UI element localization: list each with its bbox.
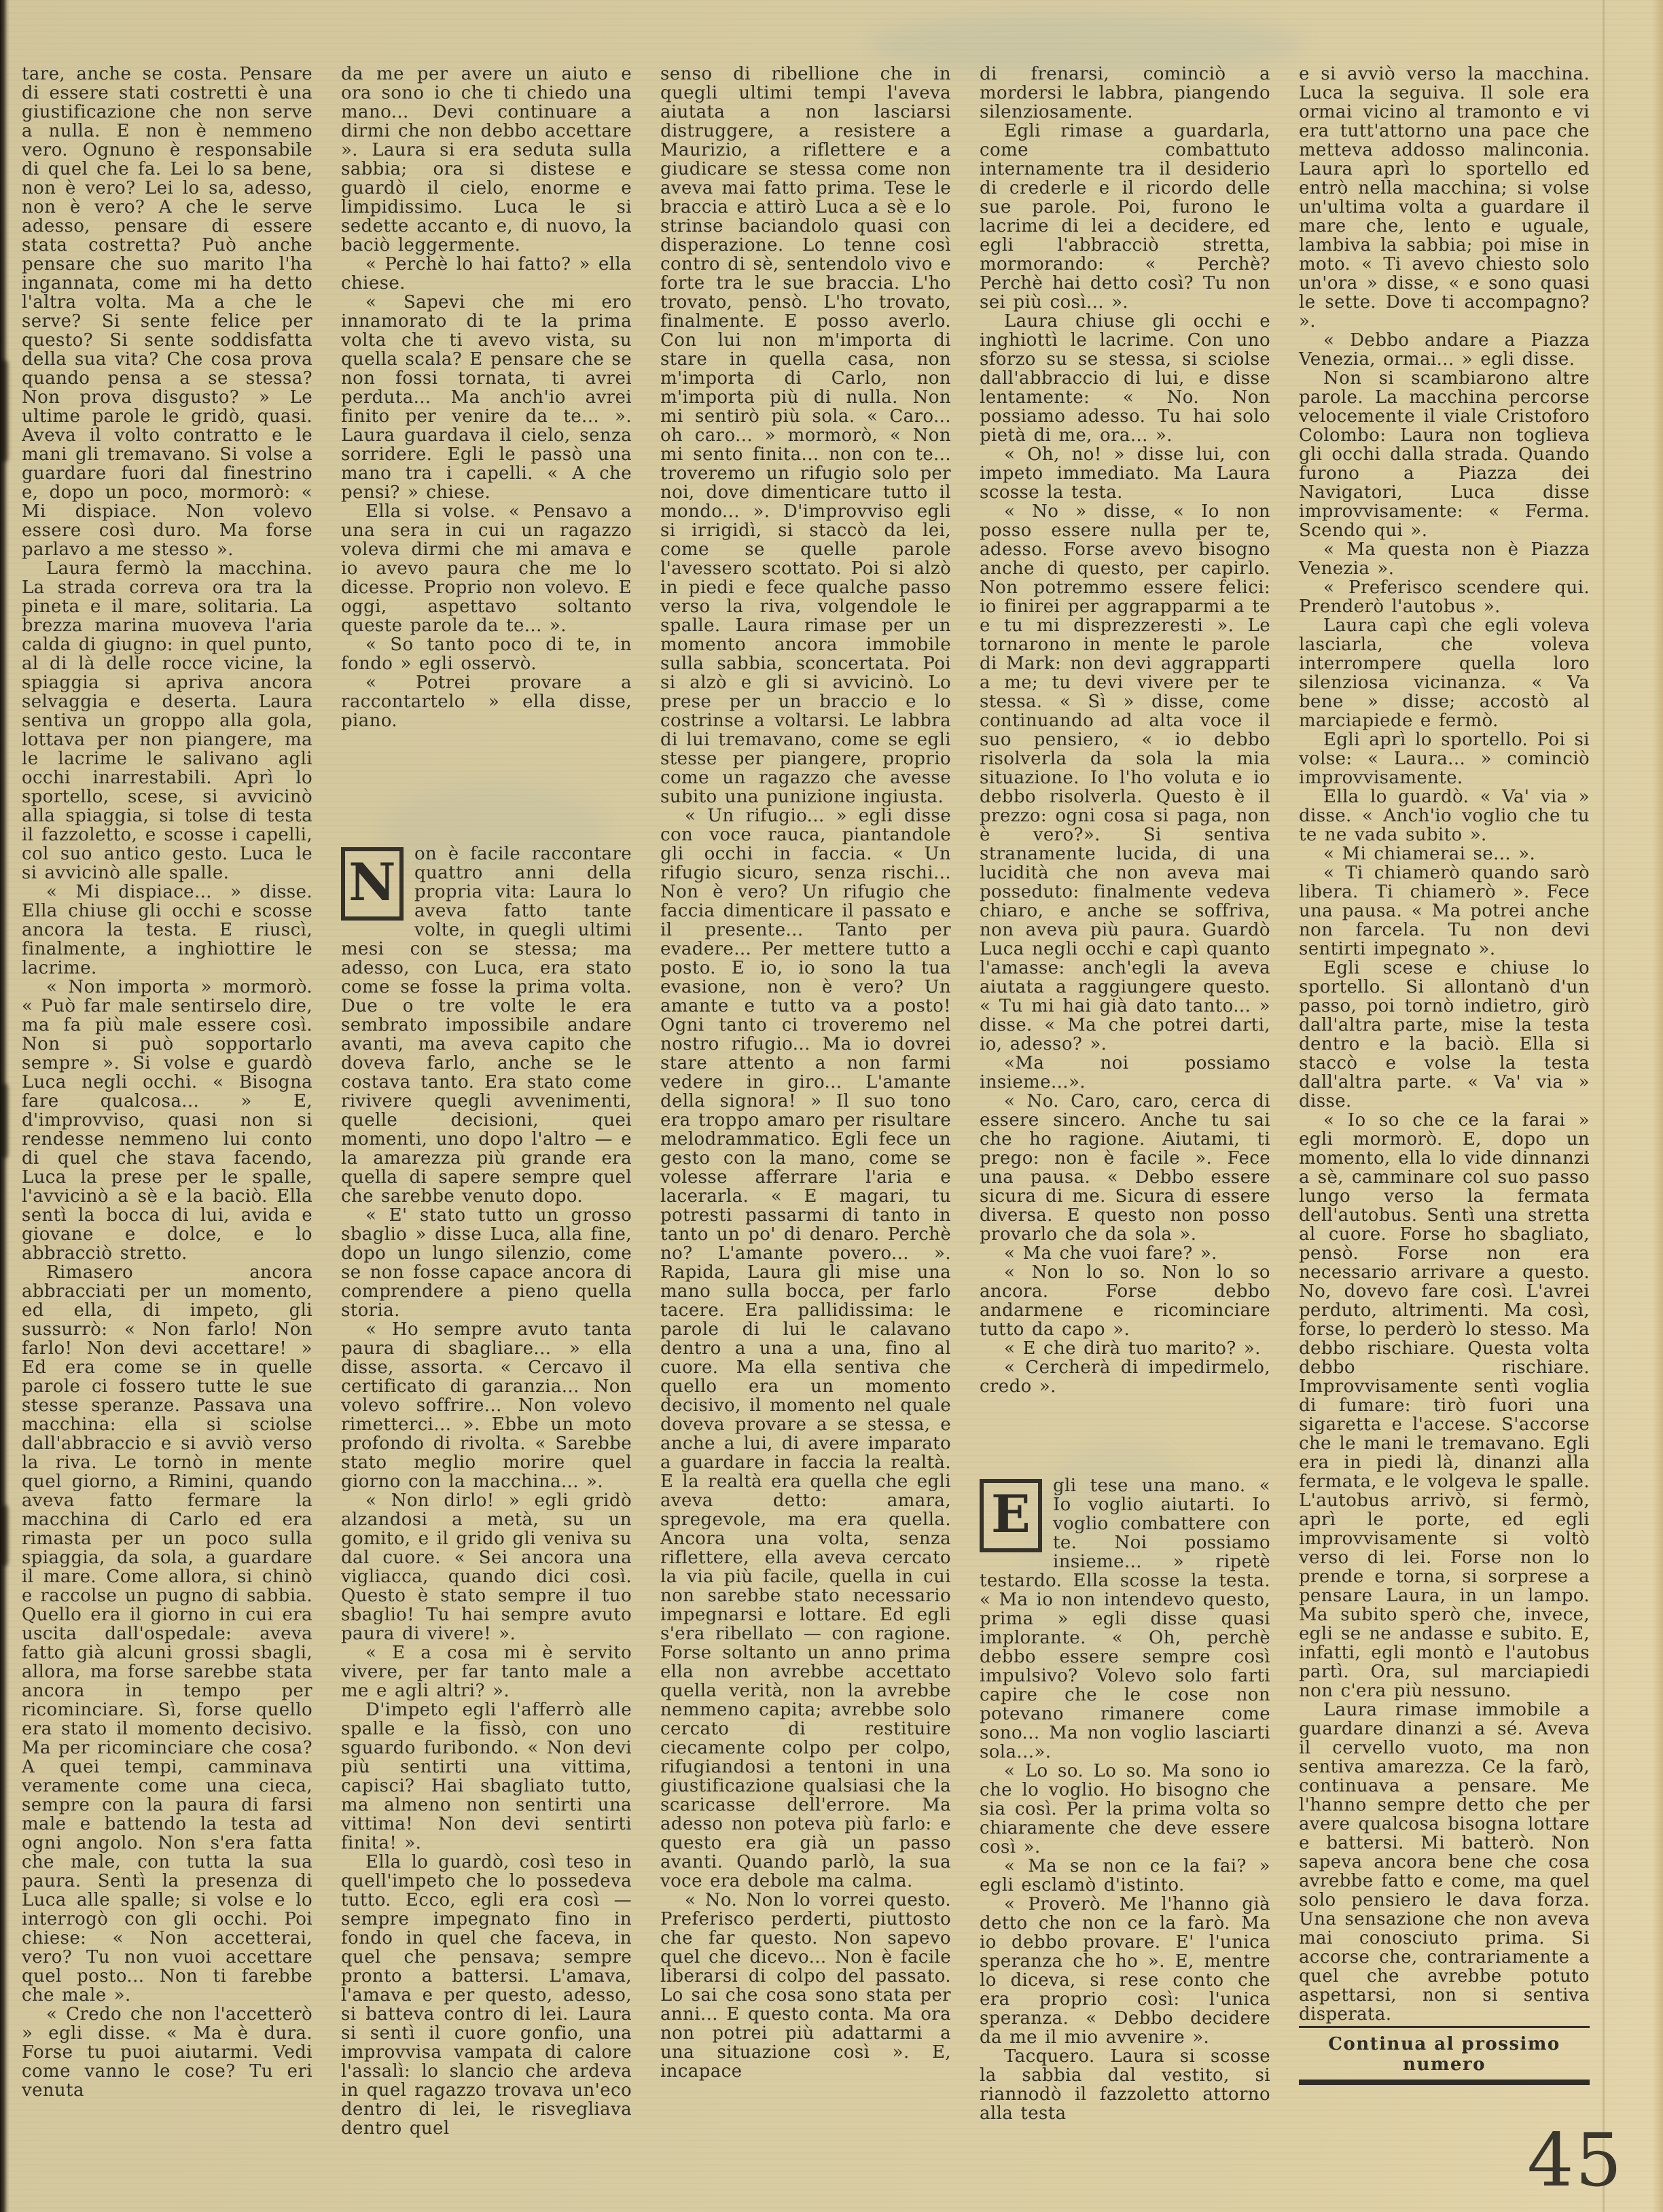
paragraph: « Perchè lo hai fatto? » ella chiese. [341,255,632,293]
paragraph: Laura rimase immobile a guardare dinanzi… [1299,1700,1590,2024]
paragraph: « E a cosa mi è servito vivere, per far … [341,1643,632,1700]
paragraph: « Mi chiamerai se... ». [1299,844,1590,863]
paragraph: «Ma noi possiamo insieme...». [980,1054,1270,1092]
magazine-page: tare, anche se costa. Pensare di essere … [0,0,1663,2212]
paragraph: « Lo so. Lo so. Ma sono io che lo voglio… [980,1762,1270,1857]
paragraph: « Ho sempre avuto tanta paura di sbaglia… [341,1320,632,1491]
paragraph: « No. Caro, caro, cerca di essere sincer… [980,1092,1270,1244]
paragraph: « Sapevi che mi ero innamorato di te la … [341,293,632,502]
paragraph: e si avviò verso la macchina. Luca la se… [1299,65,1590,331]
paragraph: « Io so che ce la farai » egli mormorò. … [1299,1111,1590,1700]
text-column-2: da me per avere un aiuto e ora sono io c… [341,65,632,2138]
scan-edge-smudge [0,1505,8,1566]
paragraph: « So tanto poco di te, in fondo » egli o… [341,635,632,673]
paragraph: « Non importa » mormorò. « Può far male … [22,978,312,1263]
drop-cap-initial: E [980,1479,1042,1552]
paragraph: Egli tese una mano. « Io voglio aiutarti… [980,1476,1270,1762]
paragraph: Rimasero ancora abbracciati per un momen… [22,1263,312,2005]
paragraph: Ella lo guardò. « Va' via » disse. « Anc… [1299,787,1590,844]
paragraph: Non è facile raccontare quattro anni del… [341,844,632,1206]
text-column-4: di frenarsi, cominciò a mordersi le labb… [980,65,1270,2138]
paragraph: « Oh, no! » disse lui, con impeto immedi… [980,445,1270,502]
paragraph: Ella si volse. « Pensavo a una sera in c… [341,502,632,635]
paragraph: D'impeto egli l'afferrò alle spalle e la… [341,1700,632,1853]
continuation-notice: Continua al prossimo numero [1299,2026,1590,2085]
paragraph: « No. Non lo vorrei questo. Preferisco p… [660,1891,951,2081]
paragraph: « Ti chiamerò quando sarò libera. Ti chi… [1299,863,1590,959]
page-edge-shadow [1652,0,1663,2212]
paragraph: tare, anche se costa. Pensare di essere … [22,65,312,559]
paragraph: « Cercherà di impedirmelo, credo ». [980,1358,1270,1396]
text-column-5: e si avviò verso la macchina. Luca la se… [1299,65,1590,2138]
text-column-1: tare, anche se costa. Pensare di essere … [22,65,312,2138]
paragraph: « Proverò. Me l'hanno già detto che non … [980,1895,1270,2047]
paragraph: Ella lo guardò, così teso in quell'impet… [341,1853,632,2138]
paragraph: « Debbo andare a Piazza Venezia, ormai..… [1299,331,1590,369]
paragraph: « Non lo so. Non lo so ancora. Forse deb… [980,1263,1270,1339]
paragraph: Egli scese e chiuse lo sportello. Si all… [1299,959,1590,1111]
paragraph: Tacquero. Laura si scosse la sabbia dal … [980,2047,1270,2123]
paragraph: « Potrei provare a raccontartelo » ella … [341,673,632,730]
scan-edge-smudge [0,1084,8,1158]
drop-cap-initial: N [341,847,404,921]
paragraph: « Ma se non ce la fai? » egli esclamò d'… [980,1857,1270,1895]
page-number: 45 [1527,2118,1623,2203]
paragraph: « Non dirlo! » egli gridò alzandosi a me… [341,1491,632,1643]
paragraph: senso di ribellione che in quegli ultimi… [660,65,951,806]
paragraph: « Preferisco scendere qui. Prenderò l'au… [1299,578,1590,616]
page-edge-crease [1603,0,1605,2212]
paragraph: Laura fermò la macchina. La strada corre… [22,559,312,882]
paragraph: « Credo che non l'accetterò » egli disse… [22,2005,312,2100]
paragraph: « E che dirà tuo marito? ». [980,1339,1270,1358]
paragraph: da me per avere un aiuto e ora sono io c… [341,65,632,255]
paragraph: Laura capì che egli voleva lasciarla, ch… [1299,616,1590,730]
paragraph: « E' stato tutto un grosso sbaglio » dis… [341,1206,632,1320]
paragraph: « No » disse, « Io non posso essere null… [980,502,1270,1054]
paragraph: Laura chiuse gli occhi e inghiottì le la… [980,312,1270,445]
text-column-3: senso di ribellione che in quegli ultimi… [660,65,951,2138]
scan-edge-smudge [0,360,8,462]
paragraph: « Ma che vuoi fare? ». [980,1244,1270,1263]
paragraph: Egli rimase a guardarla, come combattuto… [980,122,1270,312]
paragraph: « Un rifugio... » egli disse con voce ra… [660,806,951,1891]
paragraph: « Ma questa non è Piazza Venezia ». [1299,540,1590,578]
text-columns: tare, anche se costa. Pensare di essere … [22,65,1590,2138]
paragraph: « Mi dispiace... » disse. Ella chiuse gl… [22,882,312,978]
paragraph: Non si scambiarono altre parole. La macc… [1299,369,1590,540]
paragraph: di frenarsi, cominciò a mordersi le labb… [980,65,1270,122]
paragraph: Egli aprì lo sportello. Poi si volse: « … [1299,730,1590,787]
